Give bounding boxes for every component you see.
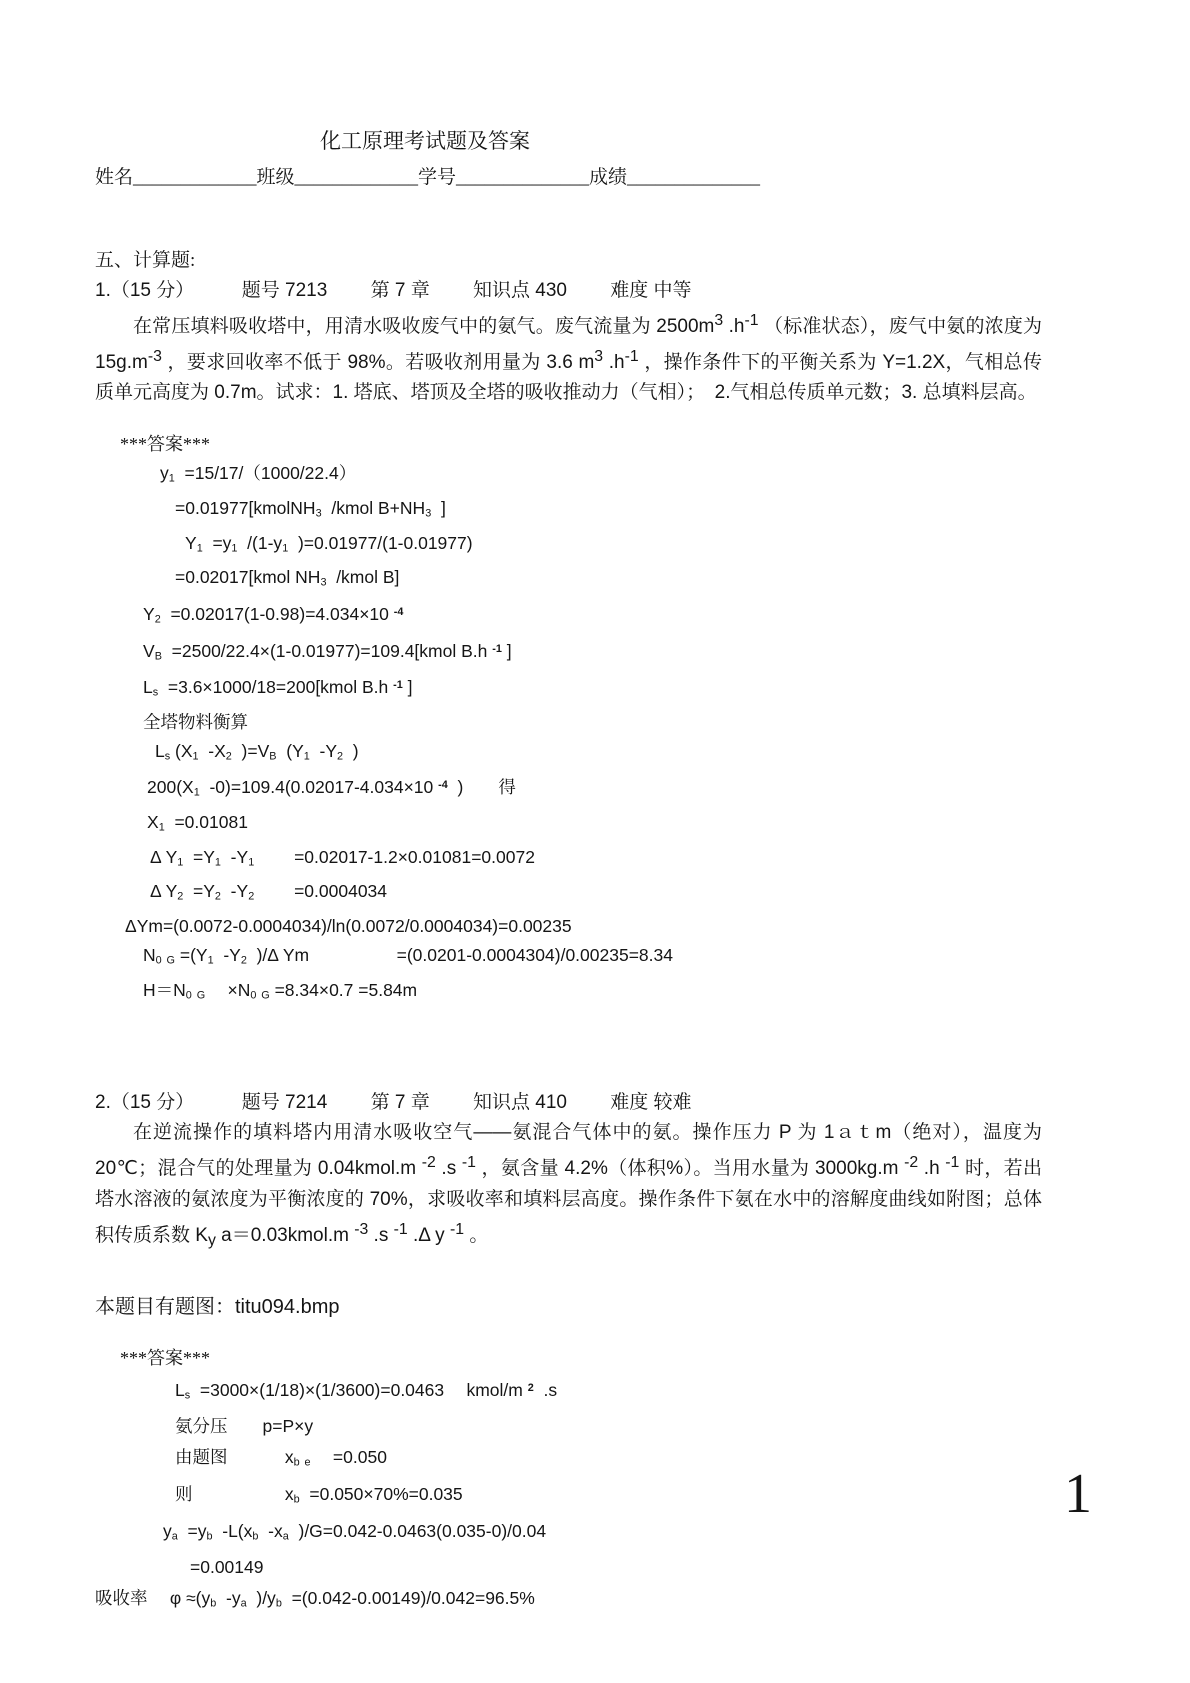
problem-1: 1.（15 分） 题号 7213 第 7 章 知识点 430 难度 中等 在常压… <box>95 276 1042 1011</box>
equation-line: Δ Y2 =Y2 -Y2 =0.0004034 <box>150 877 1042 912</box>
problem-2-answer: ***答案*** Ls =3000×(1/18)×(1/3600)=0.0463… <box>95 1344 1042 1620</box>
equation-line: Ls =3.6×1000/18=200[kmol B.h -1 ] <box>143 671 1042 708</box>
equation-line: Y2 =0.02017(1-0.98)=4.034×10 -4 <box>143 598 1042 635</box>
equation-line: Y1 =y1 /(1-y1 )=0.01977/(1-0.01977) <box>185 529 1042 564</box>
equation-line: H＝N0 G ×N0 G =8.34×0.7 =5.84m <box>143 976 1042 1011</box>
problem-2-header: 2.（15 分） 题号 7214 第 7 章 知识点 410 难度 较难 <box>95 1088 1042 1118</box>
equation-line: 吸收率 φ ≈(yb -ya )/yb =(0.042-0.00149)/0.0… <box>95 1583 1042 1620</box>
problem-1-statement: 在常压填料吸收塔中，用清水吸收废气中的氨气。废气流量为 2500m3 .h-1 … <box>95 306 1042 408</box>
student-info-line: 姓名_____________班级_____________学号________… <box>95 165 1042 192</box>
equation-line: N0 G =(Y1 -Y2 )/Δ Ym =(0.0201-0.0004304)… <box>143 941 1042 976</box>
attachment-note: 本题目有题图：titu094.bmp <box>95 1292 1042 1322</box>
answer-lines: Ls =3000×(1/18)×(1/3600)=0.0463 kmol/m 2… <box>95 1373 1042 1620</box>
equation-line: VB =2500/22.4×(1-0.01977)=109.4[kmol B.h… <box>143 635 1042 672</box>
equation-line: 由题图 xb e =0.050 <box>175 1442 1042 1479</box>
equation-line: =0.00149 <box>190 1552 1042 1583</box>
equation-line: Ls =3000×(1/18)×(1/3600)=0.0463 kmol/m 2… <box>175 1373 1042 1412</box>
equation-line: 200(X1 -0)=109.4(0.02017-4.034×10 -4 ) 得 <box>147 771 1042 808</box>
page-number: 1 <box>1064 1466 1092 1522</box>
problem-1-header: 1.（15 分） 题号 7213 第 7 章 知识点 430 难度 中等 <box>95 276 1042 306</box>
equation-line: 则 xb =0.050×70%=0.035 <box>175 1479 1042 1516</box>
document-page: 化工原理考试题及答案 姓名_____________班级____________… <box>0 0 1190 1683</box>
equation-line: Ls (X1 -X2 )=VB (Y1 -Y2 ) <box>155 737 1042 772</box>
answer-lines: y1 =15/17/（1000/22.4）=0.01977[kmolNH3 /k… <box>95 459 1042 1010</box>
answer-marker: ***答案*** <box>120 430 1042 459</box>
page-title: 化工原理考试题及答案 <box>320 128 1042 155</box>
problem-1-answer: ***答案*** y1 =15/17/（1000/22.4）=0.01977[k… <box>95 430 1042 1010</box>
equation-line: ya =yb -L(xb -xa )/G=0.042-0.0463(0.035-… <box>163 1516 1042 1553</box>
equation-line: y1 =15/17/（1000/22.4） <box>160 459 1042 494</box>
equation-line: Δ Y1 =Y1 -Y1 =0.02017-1.2×0.01081=0.0072 <box>150 843 1042 878</box>
problem-2-statement: 在逆流操作的填料塔内用清水吸收空气——氨混合气体中的氨。操作压力 P 为 1ａｔ… <box>95 1118 1042 1255</box>
equation-line: =0.01977[kmolNH3 /kmol B+NH3 ] <box>175 494 1042 529</box>
equation-line: ΔYm=(0.0072-0.0004034)/ln(0.0072/0.00040… <box>125 912 1042 941</box>
equation-line: X1 =0.01081 <box>147 808 1042 843</box>
equation-line: 氨分压 p=P×y <box>175 1411 1042 1442</box>
answer-marker: ***答案*** <box>120 1344 1042 1373</box>
equation-line: 全塔物料衡算 <box>143 708 1042 737</box>
equation-line: =0.02017[kmol NH3 /kmol B] <box>175 563 1042 598</box>
problem-2: 2.（15 分） 题号 7214 第 7 章 知识点 410 难度 较难 在逆流… <box>95 1088 1042 1620</box>
section-heading: 五、计算题: <box>95 246 1042 276</box>
